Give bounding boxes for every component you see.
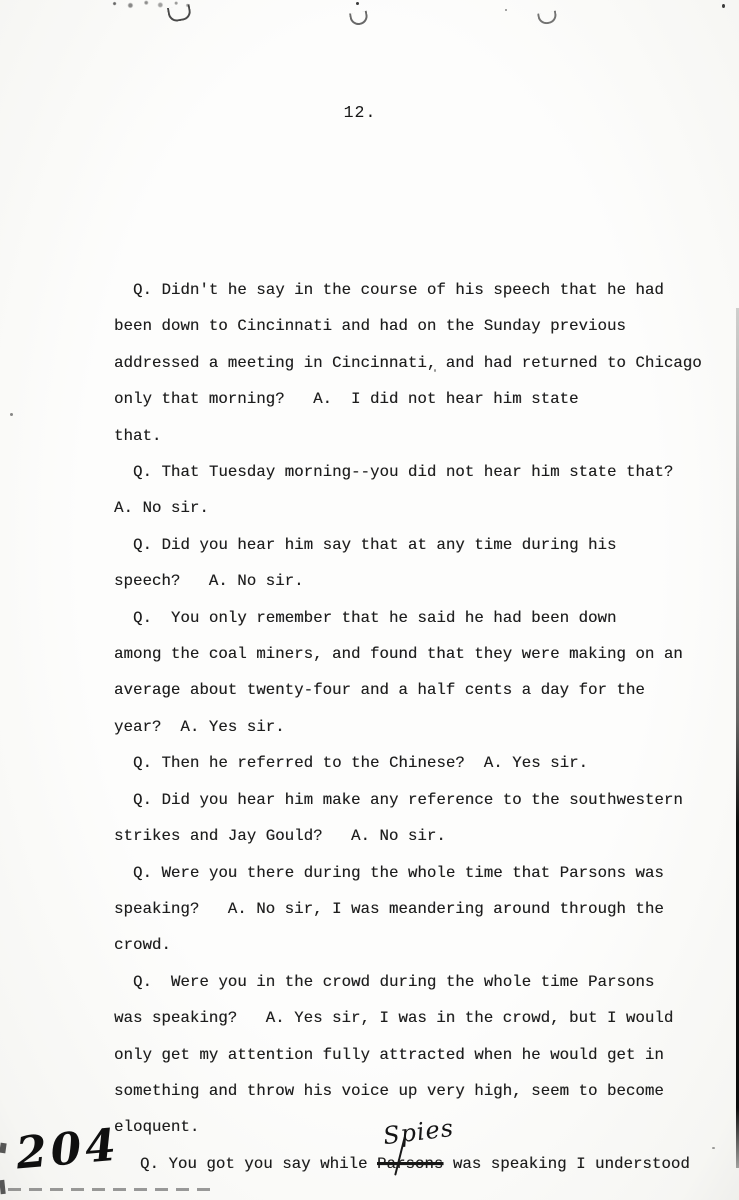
- handwritten-margin-number: 204: [14, 1120, 122, 1180]
- transcript-line: that.: [0, 418, 739, 454]
- transcript-line: addressed a meeting in Cincinnati, and h…: [0, 345, 739, 381]
- transcript-body: Q. Didn't he say in the course of his sp…: [0, 272, 739, 1182]
- correction-post-text: was speaking I understood: [443, 1155, 689, 1173]
- bottom-dashed-line: [8, 1188, 216, 1191]
- transcript-line: Q. That Tuesday morning--you did not hea…: [0, 454, 739, 490]
- transcript-line: average about twenty-four and a half cen…: [0, 672, 739, 708]
- transcript-line: A. No sir.: [0, 490, 739, 526]
- transcript-line: year? A. Yes sir.: [0, 709, 739, 745]
- transcript-line: Q. Did you hear him make any reference t…: [0, 782, 739, 818]
- struck-word: Parsons: [377, 1155, 443, 1173]
- scan-speck: [505, 9, 507, 11]
- transcript-line: only that morning? A. I did not hear him…: [0, 381, 739, 417]
- scanned-page: 12. Q. Didn't he say in the course of hi…: [0, 0, 739, 1200]
- correction-pre-text: Q. You got you say while: [140, 1155, 377, 1173]
- scan-speck: [356, 2, 359, 5]
- page-number: 12.: [0, 103, 720, 122]
- transcript-line: something and throw his voice up very hi…: [0, 1073, 739, 1109]
- scan-speck: [722, 4, 725, 8]
- transcript-line: among the coal miners, and found that th…: [0, 636, 739, 672]
- transcript-line: been down to Cincinnati and had on the S…: [0, 308, 739, 344]
- transcript-line: Q. Didn't he say in the course of his sp…: [0, 272, 739, 308]
- pen-stroke-mark: [537, 10, 558, 25]
- transcript-line: Q. Then he referred to the Chinese? A. Y…: [0, 745, 739, 781]
- transcript-line: was speaking? A. Yes sir, I was in the c…: [0, 1000, 739, 1036]
- transcript-line: Q. Did you hear him say that at any time…: [0, 527, 739, 563]
- transcript-line: crowd.: [0, 927, 739, 963]
- transcript-line: speaking? A. No sir, I was meandering ar…: [0, 891, 739, 927]
- pen-stroke-mark: [349, 11, 369, 27]
- pen-stroke-mark: [167, 4, 192, 23]
- transcript-line: Q. You only remember that he said he had…: [0, 600, 739, 636]
- transcript-line: Q. Were you there during the whole time …: [0, 855, 739, 891]
- transcript-line: strikes and Jay Gould? A. No sir.: [0, 818, 739, 854]
- transcript-line: Q. Were you in the crowd during the whol…: [0, 964, 739, 1000]
- transcript-line: only get my attention fully attracted wh…: [0, 1037, 739, 1073]
- transcript-line: speech? A. No sir.: [0, 563, 739, 599]
